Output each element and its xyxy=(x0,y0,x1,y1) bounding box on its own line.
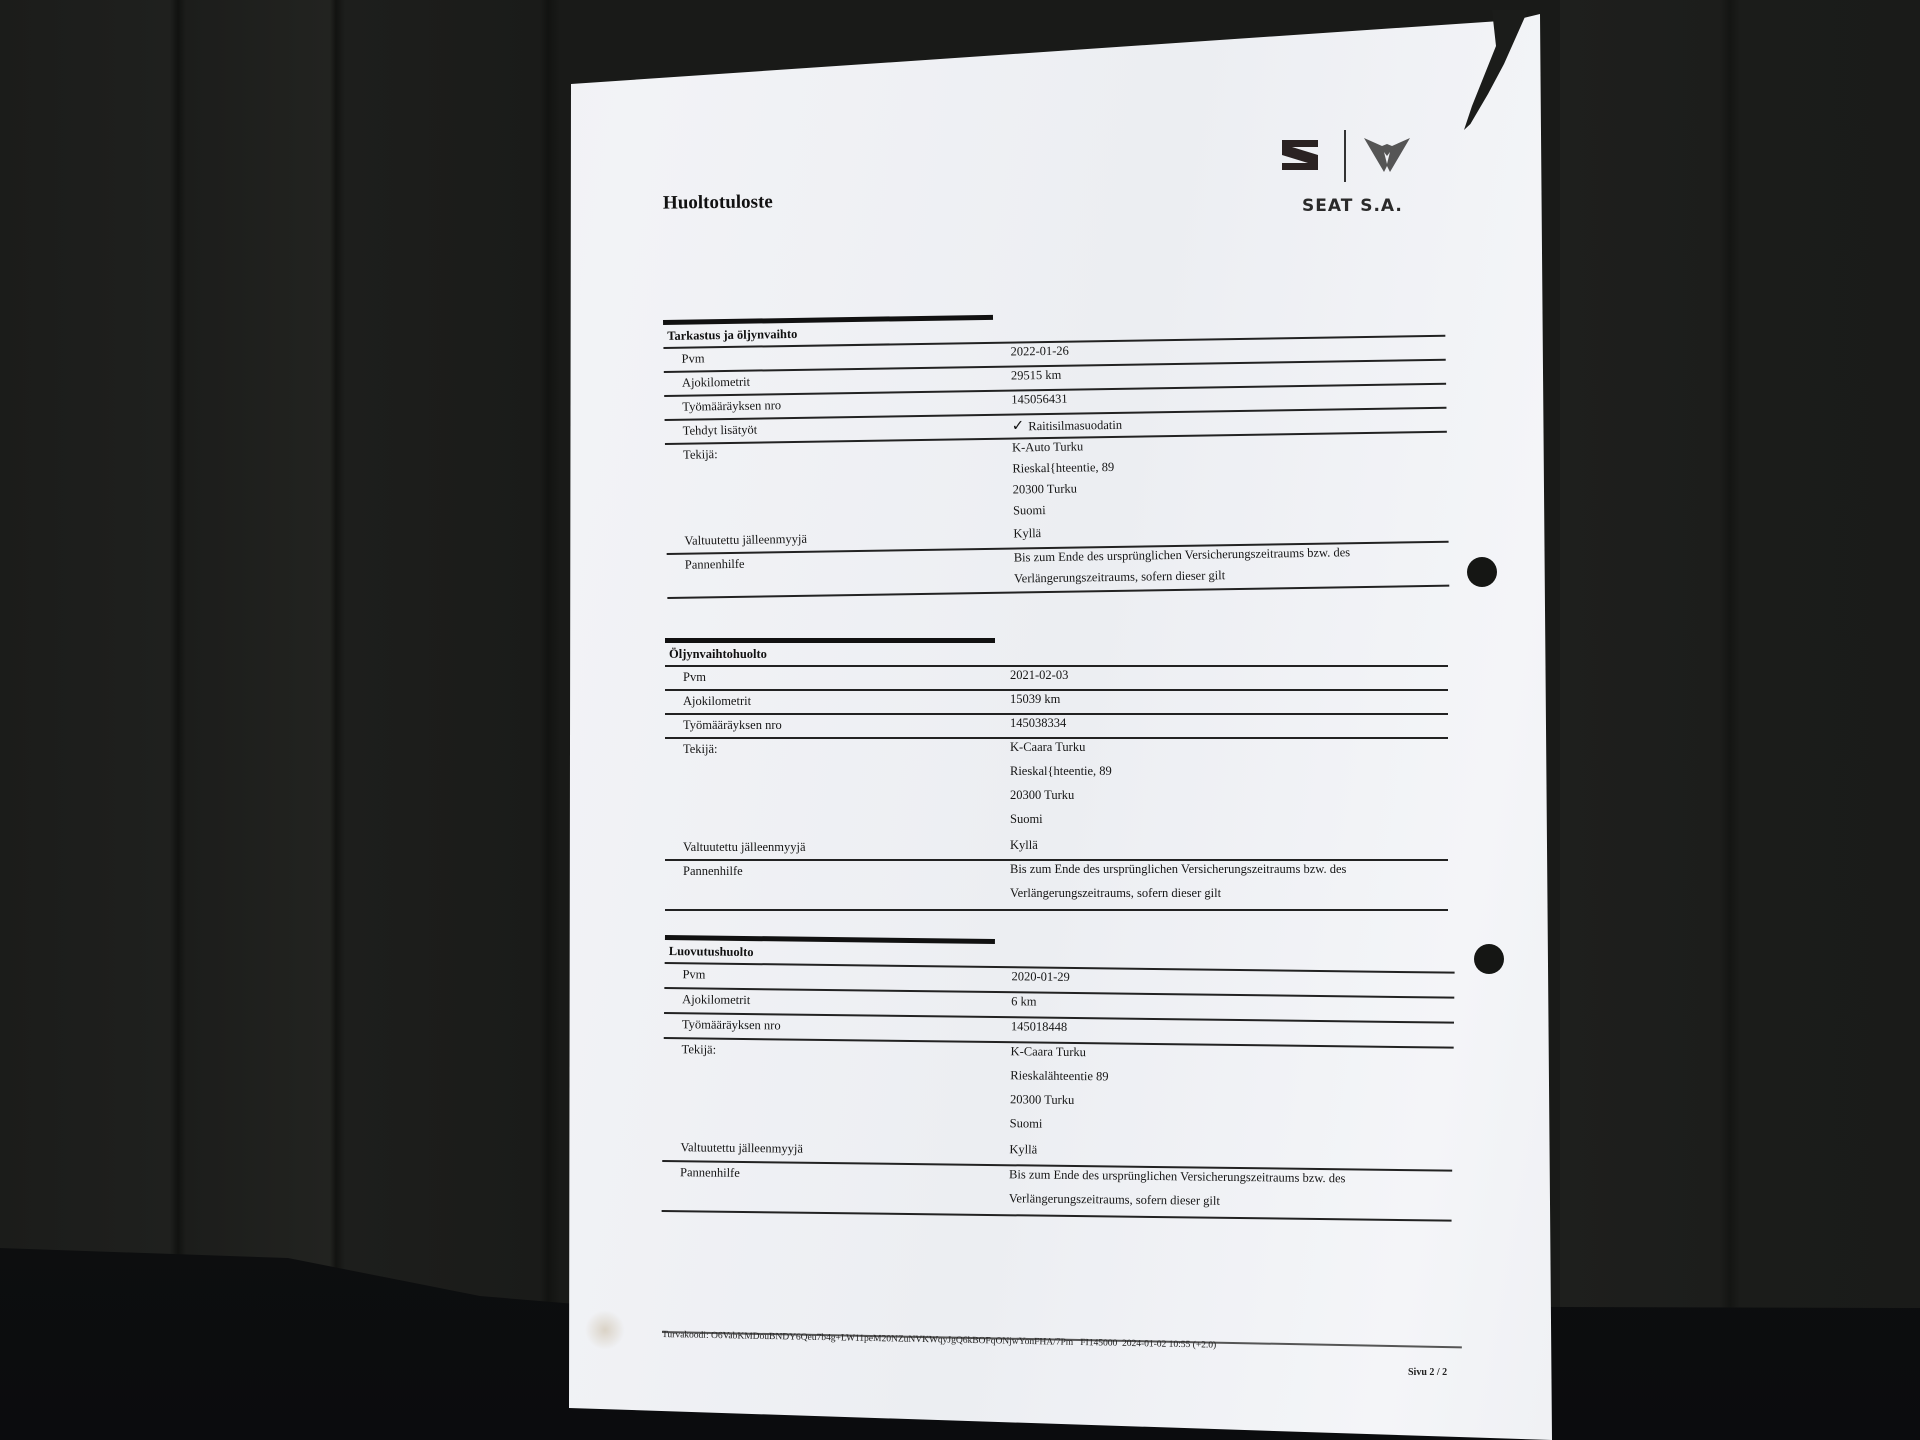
row-value: 20300 Turku xyxy=(1010,1092,1074,1108)
row-value: Suomi xyxy=(1013,503,1046,519)
printed-timestamp: 2024-01-02 10:55 (+2.0) xyxy=(1122,1339,1216,1351)
row-value: Rieskal{hteentie, 89 xyxy=(1012,460,1114,477)
row-value: 15039 km xyxy=(1010,692,1060,707)
row-divider xyxy=(665,859,1448,861)
row-label: Ajokilometrit xyxy=(683,694,751,709)
company-name: SEAT S.A. xyxy=(1302,196,1403,216)
row-label: Pannenhilfe xyxy=(685,557,745,573)
row-value: 29515 km xyxy=(1011,368,1062,384)
row-label: Pvm xyxy=(682,351,705,366)
row-label: Pvm xyxy=(682,967,705,982)
row-divider xyxy=(665,713,1448,715)
row-value: 2020-01-29 xyxy=(1011,969,1070,985)
row-value: 20300 Turku xyxy=(1013,482,1077,498)
row-value: Suomi xyxy=(1010,1116,1043,1131)
row-divider xyxy=(665,665,1448,667)
row-label: Työmääräyksen nro xyxy=(682,1017,781,1033)
row-value: K-Caara Turku xyxy=(1011,1044,1087,1060)
row-value: 145038334 xyxy=(1010,716,1066,731)
row-divider xyxy=(665,737,1448,739)
section-header-bar xyxy=(665,638,995,643)
logo-divider xyxy=(1344,130,1346,182)
row-value: 20300 Turku xyxy=(1010,788,1074,803)
seat-logo-icon xyxy=(1280,138,1320,172)
row-label: Ajokilometrit xyxy=(682,992,750,1008)
section-title: Luovutushuolto xyxy=(669,944,754,960)
punch-hole xyxy=(1474,944,1504,974)
row-value: Kyllä xyxy=(1013,526,1041,541)
row-label: Pannenhilfe xyxy=(683,864,743,879)
row-label: Valtuutettu jälleenmyyjä xyxy=(680,1140,803,1156)
row-label: Pvm xyxy=(683,670,706,685)
row-label: Työmääräyksen nro xyxy=(682,398,781,415)
row-label: Tehdyt lisätyöt xyxy=(683,423,758,439)
row-value-text: Raitisilmasuodatin xyxy=(1028,418,1122,433)
row-label: Ajokilometrit xyxy=(682,375,750,391)
page-number: Sivu 2 / 2 xyxy=(1408,1367,1447,1378)
punch-hole xyxy=(1467,557,1497,587)
section-title: Tarkastus ja öljynvaihto xyxy=(667,327,797,344)
row-value: 2021-02-03 xyxy=(1010,668,1068,683)
seat-fabric-right xyxy=(1560,0,1920,1440)
row-value: Verlängerungszeitraums, sofern dieser gi… xyxy=(1010,886,1221,901)
row-value: K-Auto Turku xyxy=(1012,439,1083,455)
row-label: Tekijä: xyxy=(683,447,718,463)
row-label: Valtuutettu jälleenmyyjä xyxy=(683,840,806,855)
row-value: 145018448 xyxy=(1011,1019,1067,1035)
row-label: Valtuutettu jälleenmyyjä xyxy=(684,532,807,549)
row-value: Bis zum Ende des ursprünglichen Versiche… xyxy=(1010,862,1346,877)
row-label: Työmääräyksen nro xyxy=(683,718,782,733)
check-icon: ✓ xyxy=(1012,418,1025,434)
row-value: 145056431 xyxy=(1011,392,1067,408)
security-code-label: Turvakoodi: xyxy=(662,1330,709,1341)
row-value: Suomi xyxy=(1010,812,1043,827)
row-value: 6 km xyxy=(1011,994,1037,1009)
row-divider xyxy=(665,909,1448,911)
row-label: Tekijä: xyxy=(683,742,718,757)
row-value: 2022-01-26 xyxy=(1010,344,1069,360)
row-value: Verlängerungszeitraums, sofern dieser gi… xyxy=(1009,1191,1220,1209)
row-value: Kyllä xyxy=(1010,838,1038,853)
document-title: Huoltotuloste xyxy=(663,191,773,214)
row-divider xyxy=(665,689,1448,691)
cupra-logo-icon xyxy=(1362,134,1412,174)
row-label: Tekijä: xyxy=(682,1042,717,1057)
stain xyxy=(585,1310,625,1350)
row-value: Rieskal{hteentie, 89 xyxy=(1010,764,1112,779)
row-value: ✓Raitisilmasuodatin xyxy=(1012,415,1123,436)
row-value: Kyllä xyxy=(1009,1142,1037,1157)
section-title: Öljynvaihtohuolto xyxy=(669,647,767,662)
dealer-code: FI145000 xyxy=(1080,1338,1117,1349)
row-value: Rieskalähteentie 89 xyxy=(1010,1068,1108,1084)
row-value: K-Caara Turku xyxy=(1010,740,1085,755)
row-label: Pannenhilfe xyxy=(680,1165,740,1181)
